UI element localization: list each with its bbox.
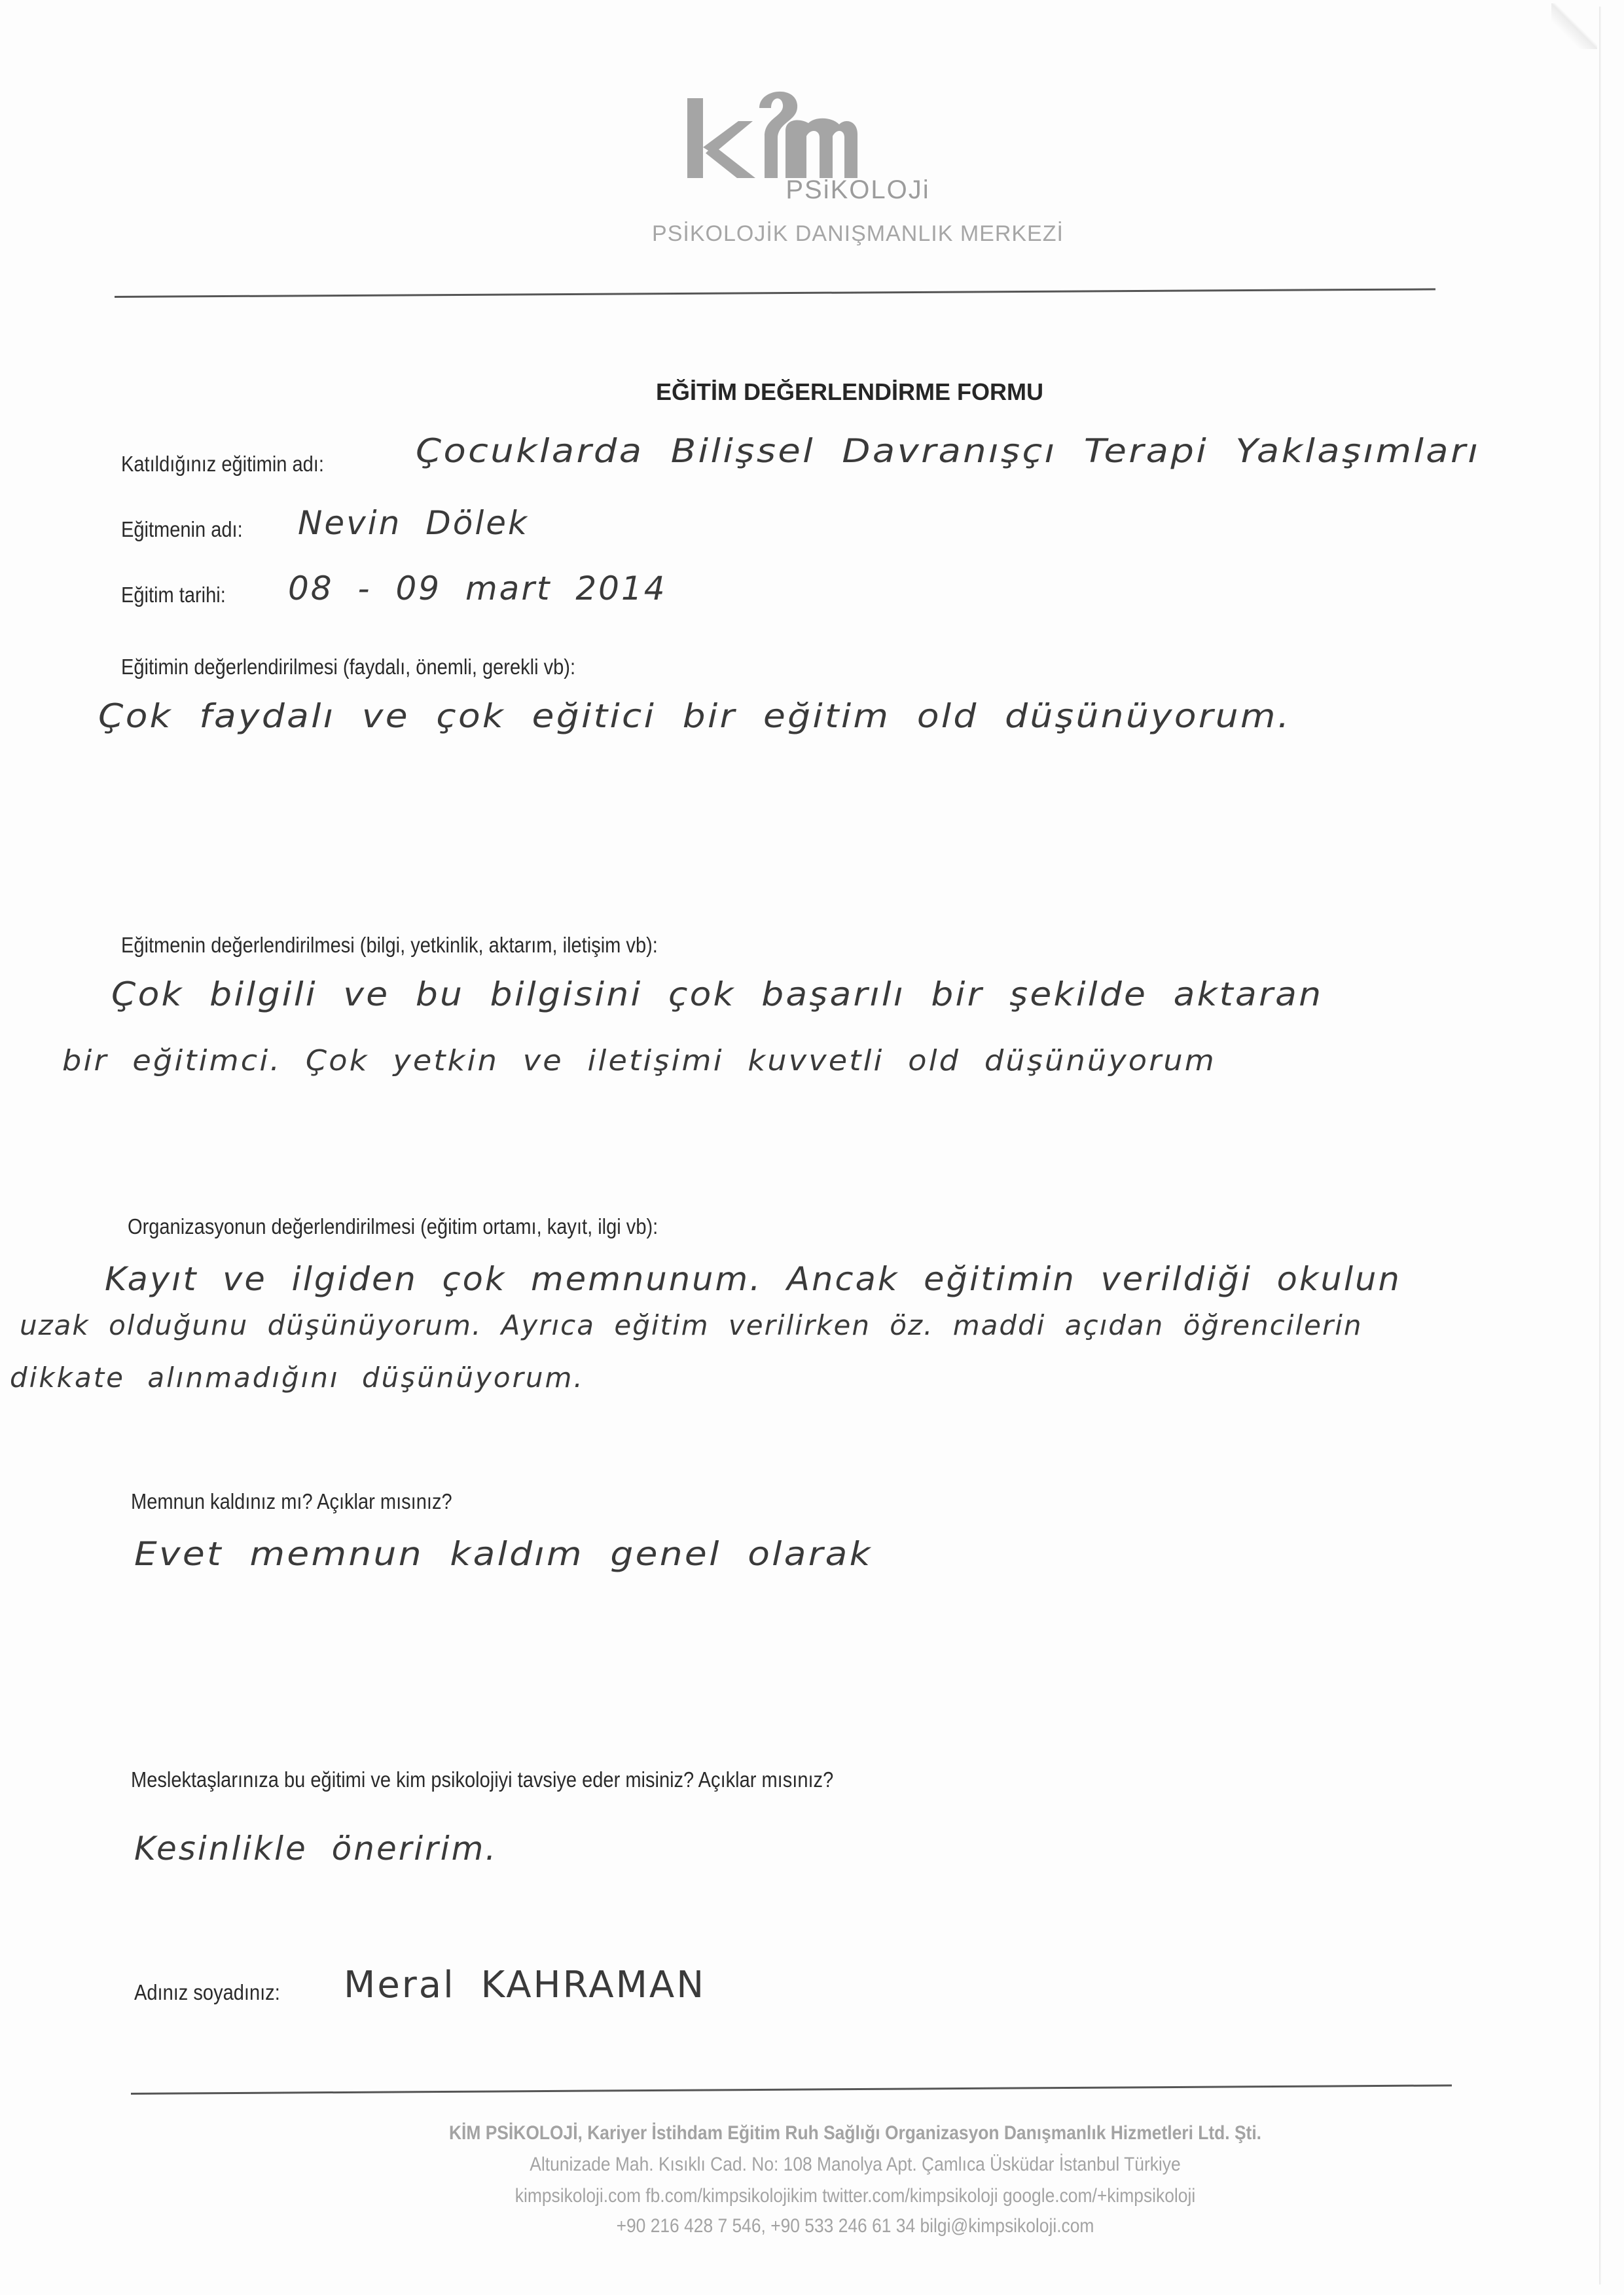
trainer-name-value[interactable]: Nevin Dölek [298, 504, 529, 542]
footer-address: Altunizade Mah. Kısıklı Cad. No: 108 Man… [98, 2154, 1526, 2176]
footer-divider [131, 2084, 1452, 2095]
footer-web-links: kimpsikoloji.com fb.com/kimpsikolojikim … [98, 2185, 1526, 2207]
trainer-name-label: Eğitmenin adı: [121, 517, 243, 542]
training-name-value[interactable]: Çocuklarda Bilişsel Davranışçı Terapi Ya… [416, 432, 1480, 470]
recommendation-line[interactable]: Kesinlikle öneririm. [134, 1830, 497, 1868]
trainer-evaluation-line[interactable]: Çok bilgili ve bu bilgisini çok başarılı… [111, 975, 1323, 1013]
satisfaction-line[interactable]: Evet memnun kaldım genel olarak [134, 1535, 873, 1573]
footer-contact: +90 216 428 7 546, +90 533 246 61 34 bil… [98, 2215, 1526, 2237]
full-name-label: Adınız soyadınız: [134, 1980, 280, 2005]
form-title: EĞİTİM DEĞERLENDİRME FORMU [0, 378, 1624, 406]
footer-company: KİM PSİKOLOJİ, Kariyer İstihdam Eğitim R… [98, 2122, 1526, 2144]
organization-evaluation-label: Organizasyonun değerlendirilmesi (eğitim… [128, 1214, 658, 1239]
organization-evaluation-line[interactable]: Kayıt ve ilgiden çok memnunum. Ancak eği… [105, 1260, 1401, 1298]
logo-tagline: PSİKOLOJİK DANIŞMANLIK MERKEZİ [0, 221, 1624, 247]
organization-evaluation-line[interactable]: dikkate alınmadığını düşünüyorum. [10, 1362, 585, 1394]
training-evaluation-label: Eğitimin değerlendirilmesi (faydalı, öne… [121, 655, 575, 679]
training-evaluation-line[interactable]: Çok faydalı ve çok eğitici bir eğitim ol… [98, 697, 1291, 735]
organization-evaluation-line[interactable]: uzak olduğunu düşünüyorum. Ayrıca eğitim… [20, 1309, 1363, 1341]
scan-page-edge [1599, 7, 1601, 2285]
kim-logo-icon [687, 85, 857, 180]
trainer-evaluation-label: Eğitmenin değerlendirilmesi (bilgi, yetk… [121, 933, 658, 958]
logo-subtitle: PSiKOLOJi [0, 175, 1624, 205]
training-date-value[interactable]: 08 - 09 mart 2014 [288, 569, 667, 607]
header-divider [115, 288, 1435, 298]
recommendation-label: Meslektaşlarınıza bu eğitimi ve kim psik… [131, 1767, 833, 1792]
trainer-evaluation-line[interactable]: bir eğitimci. Çok yetkin ve iletişimi ku… [62, 1044, 1216, 1077]
satisfaction-label: Memnun kaldınız mı? Açıklar mısınız? [131, 1489, 452, 1514]
scan-corner-shadow [1551, 3, 1597, 49]
training-date-label: Eğitim tarihi: [121, 583, 226, 607]
training-name-label: Katıldığınız eğitimin adı: [121, 452, 324, 477]
full-name-value[interactable]: Meral KAHRAMAN [344, 1964, 706, 2006]
